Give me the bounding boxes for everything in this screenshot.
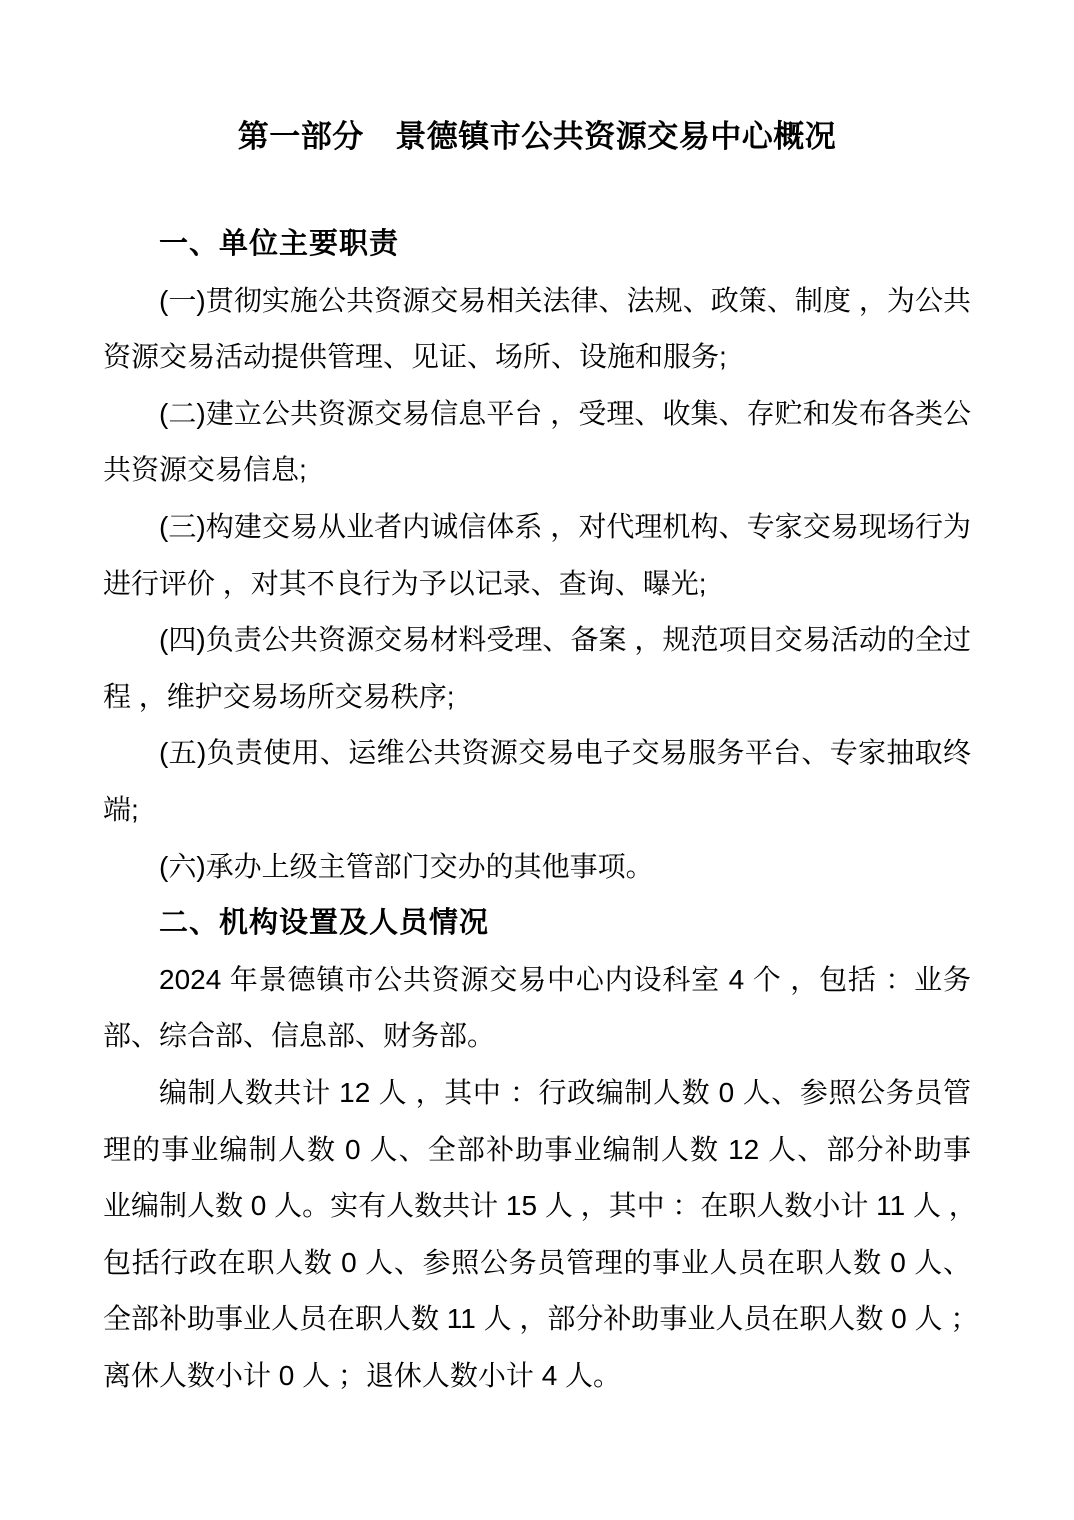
doc-line: (一)贯彻实施公共资源交易相关法律、法规、政策、制度 ，为公共 bbox=[103, 273, 971, 330]
doc-line: 部、综合部、信息部、财务部。 bbox=[103, 1008, 971, 1065]
doc-line: 进行评价 ，对其不良行为予以记录、查询、曝光; bbox=[103, 556, 971, 613]
doc-line: 理的事业编制人数 0 人、全部补助事业编制人数 12 人、部分补助事 bbox=[103, 1122, 971, 1179]
doc-line: 包括行政在职人数 0 人、参照公务员管理的事业人员在职人数 0 人、 bbox=[103, 1235, 971, 1292]
doc-line: 端; bbox=[103, 782, 971, 839]
document-body: 一、单位主要职责 (一)贯彻实施公共资源交易相关法律、法规、政策、制度 ，为公共… bbox=[103, 216, 971, 1404]
document-title: 第一部分 景德镇市公共资源交易中心概况 bbox=[103, 114, 971, 160]
document-page: 第一部分 景德镇市公共资源交易中心概况 一、单位主要职责 (一)贯彻实施公共资源… bbox=[0, 0, 1074, 1520]
doc-line: (三)构建交易从业者内诚信体系 ，对代理机构、专家交易现场行为 bbox=[103, 499, 971, 556]
doc-line: 离休人数小计 0 人 ；退休人数小计 4 人。 bbox=[103, 1348, 971, 1405]
doc-line: 2024 年景德镇市公共资源交易中心内设科室 4 个 ，包括 ：业务 bbox=[103, 952, 971, 1009]
doc-line: 资源交易活动提供管理、见证、场所、设施和服务; bbox=[103, 329, 971, 386]
doc-line: 程 ，维护交易场所交易秩序; bbox=[103, 669, 971, 726]
doc-line: (六)承办上级主管部门交办的其他事项。 bbox=[103, 839, 971, 896]
doc-line: (五)负责使用、运维公共资源交易电子交易服务平台、专家抽取终 bbox=[103, 725, 971, 782]
doc-line: (二)建立公共资源交易信息平台 ，受理、收集、存贮和发布各类公 bbox=[103, 386, 971, 443]
section-heading-1: 一、单位主要职责 bbox=[103, 216, 971, 273]
doc-line: 共资源交易信息; bbox=[103, 442, 971, 499]
doc-line: 编制人数共计 12 人 ，其中 ：行政编制人数 0 人、参照公务员管 bbox=[103, 1065, 971, 1122]
doc-line: 全部补助事业人员在职人数 11 人 ，部分补助事业人员在职人数 0 人 ； bbox=[103, 1291, 971, 1348]
section-heading-2: 二、机构设置及人员情况 bbox=[103, 895, 971, 952]
doc-line: (四)负责公共资源交易材料受理、备案 ，规范项目交易活动的全过 bbox=[103, 612, 971, 669]
doc-line: 业编制人数 0 人。实有人数共计 15 人 ，其中 ：在职人数小计 11 人 ， bbox=[103, 1178, 971, 1235]
